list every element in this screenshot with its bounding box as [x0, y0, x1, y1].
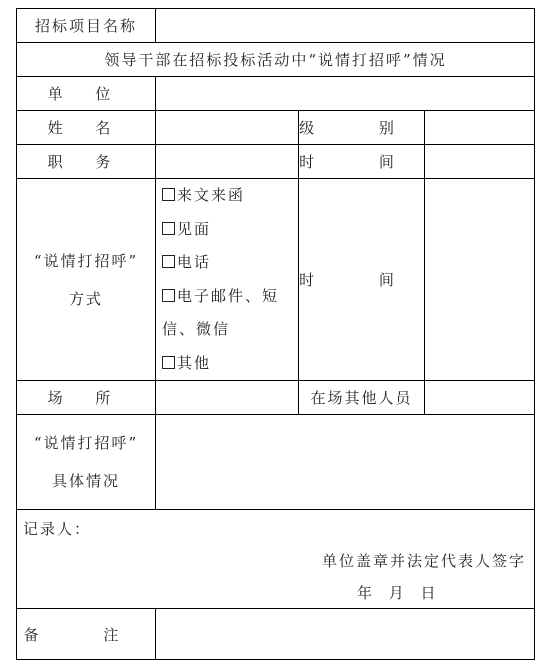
project-name-field[interactable] [156, 9, 535, 43]
method-option-electronic-continued: 信、微信 [162, 313, 298, 347]
checkbox-icon[interactable] [162, 356, 175, 369]
section-title: 领导干部在招标投标活动中“说情打招呼”情况 [17, 43, 535, 77]
checkbox-icon[interactable] [162, 222, 175, 235]
rank-label: 级 别 [299, 111, 425, 145]
row-project-name: 招标项目名称 [17, 9, 535, 43]
recorder-signature-cell[interactable]: 记录人： 单位盖章并法定代表人签字 年 月 日 [17, 510, 535, 609]
details-label: “说情打招呼” 具体情况 [17, 415, 156, 510]
method-label: “说情打招呼” 方式 [17, 179, 156, 381]
remarks-label: 备 注 [17, 609, 156, 660]
checkbox-icon[interactable] [162, 188, 175, 201]
incident-record-form: 招标项目名称 领导干部在招标投标活动中“说情打招呼”情况 单 位 姓 名 级 别… [16, 8, 535, 660]
rank-field[interactable] [425, 111, 535, 145]
others-present-label: 在场其他人员 [299, 381, 425, 415]
method-option-other[interactable]: 其他 [162, 347, 298, 381]
recorder-label: 记录人： [23, 518, 91, 539]
place-label: 场 所 [17, 381, 156, 415]
checkbox-icon[interactable] [162, 255, 175, 268]
unit-label: 单 位 [17, 77, 156, 111]
unit-field[interactable] [156, 77, 535, 111]
details-field[interactable] [156, 415, 535, 510]
project-name-label: 招标项目名称 [17, 9, 156, 43]
position-label: 职 务 [17, 145, 156, 179]
others-present-field[interactable] [425, 381, 535, 415]
method-label-line2: 方式 [17, 280, 155, 318]
row-name-rank: 姓 名 级 别 [17, 111, 535, 145]
method-option-phone[interactable]: 电话 [162, 246, 298, 280]
row-unit: 单 位 [17, 77, 535, 111]
signature-label: 单位盖章并法定代表人签字 [322, 550, 526, 571]
date-label: 年 月 日 [357, 582, 442, 603]
method-option-meeting[interactable]: 见面 [162, 213, 298, 247]
place-field[interactable] [156, 381, 299, 415]
method-label-line1: “说情打招呼” [17, 242, 155, 280]
details-label-line2: 具体情况 [17, 462, 155, 500]
method-time-field[interactable] [425, 179, 535, 381]
row-remarks: 备 注 [17, 609, 535, 660]
row-position-time: 职 务 时 间 [17, 145, 535, 179]
checkbox-icon[interactable] [162, 289, 175, 302]
name-label: 姓 名 [17, 111, 156, 145]
details-label-line1: “说情打招呼” [17, 424, 155, 462]
position-field[interactable] [156, 145, 299, 179]
row-recorder: 记录人： 单位盖章并法定代表人签字 年 月 日 [17, 510, 535, 609]
time-field[interactable] [425, 145, 535, 179]
row-method: “说情打招呼” 方式 来文来函 见面 电话 电子邮件、短 信、微信 其他 时 间 [17, 179, 535, 381]
remarks-field[interactable] [156, 609, 535, 660]
method-options: 来文来函 见面 电话 电子邮件、短 信、微信 其他 [156, 179, 299, 381]
time-label: 时 间 [299, 145, 425, 179]
method-option-electronic[interactable]: 电子邮件、短 [162, 280, 298, 314]
row-place: 场 所 在场其他人员 [17, 381, 535, 415]
name-field[interactable] [156, 111, 299, 145]
row-details: “说情打招呼” 具体情况 [17, 415, 535, 510]
method-option-letter[interactable]: 来文来函 [162, 179, 298, 213]
method-time-label: 时 间 [299, 179, 425, 381]
row-section-title: 领导干部在招标投标活动中“说情打招呼”情况 [17, 43, 535, 77]
